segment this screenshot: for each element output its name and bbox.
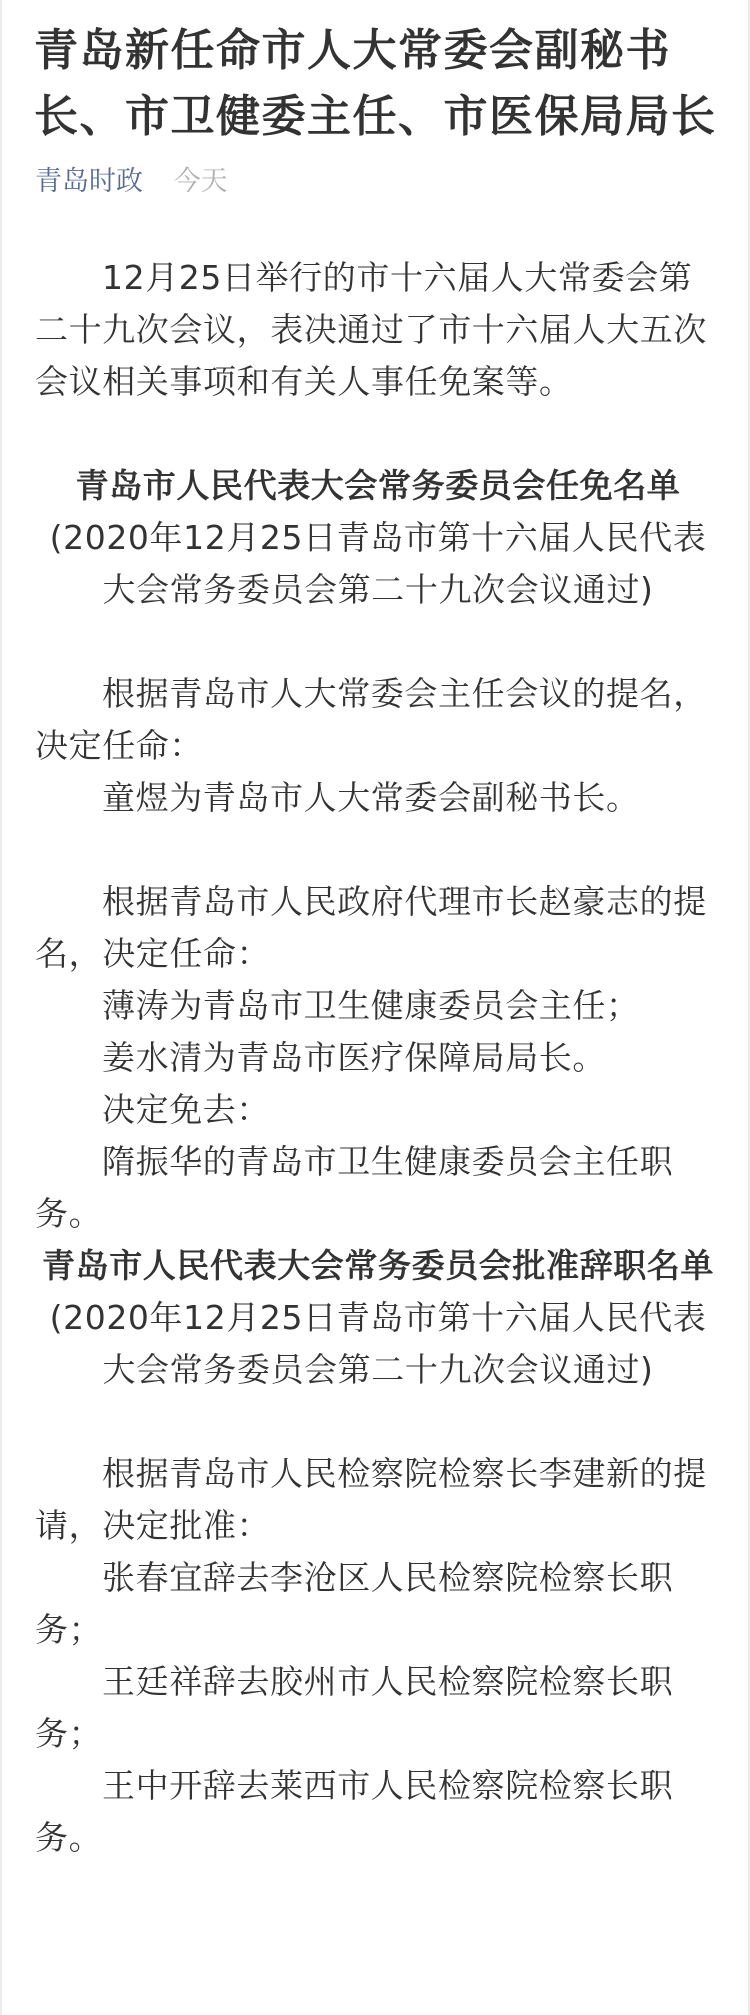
publish-date: 今天 [174,166,228,197]
resignation-item: 张春宜辞去李沧区人民检察院检察长职务； [35,1552,721,1656]
intro-paragraph: 12月25日举行的市十六届人大常委会第二十九次会议，表决通过了市十六届人大五次会… [35,252,721,408]
section1-block1-lead: 根据青岛市人大常委会主任会议的提名，决定任命： [35,668,721,772]
section2-block1: 根据青岛市人民检察院检察长李建新的提请，决定批准： 张春宜辞去李沧区人民检察院检… [35,1448,721,1864]
article-title: 青岛新任命市人大常委会副秘书长、市卫健委主任、市医保局局长 [34,18,724,150]
article-body: 12月25日举行的市十六届人大常委会第二十九次会议，表决通过了市十六届人大五次会… [35,252,721,1864]
article-meta: 青岛时政 今天 [35,160,228,204]
spacer [35,616,721,668]
spacer [35,1396,721,1448]
resignation-item: 王廷祥辞去胶州市人民检察院检察长职务； [35,1656,721,1760]
section1-block2-lead: 根据青岛市人民政府代理市长赵豪志的提名，决定任命： [35,876,721,980]
section1-subheading: (2020年12月25日青岛市第十六届人民代表大会常务委员会第二十九次会议通过) [35,512,721,616]
section2-subheading: (2020年12月25日青岛市第十六届人民代表大会常务委员会第二十九次会议通过) [35,1292,721,1396]
section1-block2: 根据青岛市人民政府代理市长赵豪志的提名，决定任命： 薄涛为青岛市卫生健康委员会主… [35,876,721,1240]
source-account-link[interactable]: 青岛时政 [35,166,143,197]
appointment-item: 童煜为青岛市人大常委会副秘书长。 [35,772,721,824]
appointment-item: 薄涛为青岛市卫生健康委员会主任； [35,980,721,1032]
spacer [35,408,721,460]
removal-item: 隋振华的青岛市卫生健康委员会主任职务。 [35,1136,721,1240]
appointment-item: 姜水清为青岛市医疗保障局局长。 [35,1032,721,1084]
resignation-item: 王中开辞去莱西市人民检察院检察长职务。 [35,1760,721,1864]
removal-lead: 决定免去： [35,1084,721,1136]
section1-heading: 青岛市人民代表大会常务委员会任免名单 [35,460,721,512]
section2-block1-lead: 根据青岛市人民检察院检察长李建新的提请，决定批准： [35,1448,721,1552]
spacer [35,824,721,876]
section1-block1: 根据青岛市人大常委会主任会议的提名，决定任命： 童煜为青岛市人大常委会副秘书长。 [35,668,721,824]
section2-heading: 青岛市人民代表大会常务委员会批准辞职名单 [35,1240,721,1292]
